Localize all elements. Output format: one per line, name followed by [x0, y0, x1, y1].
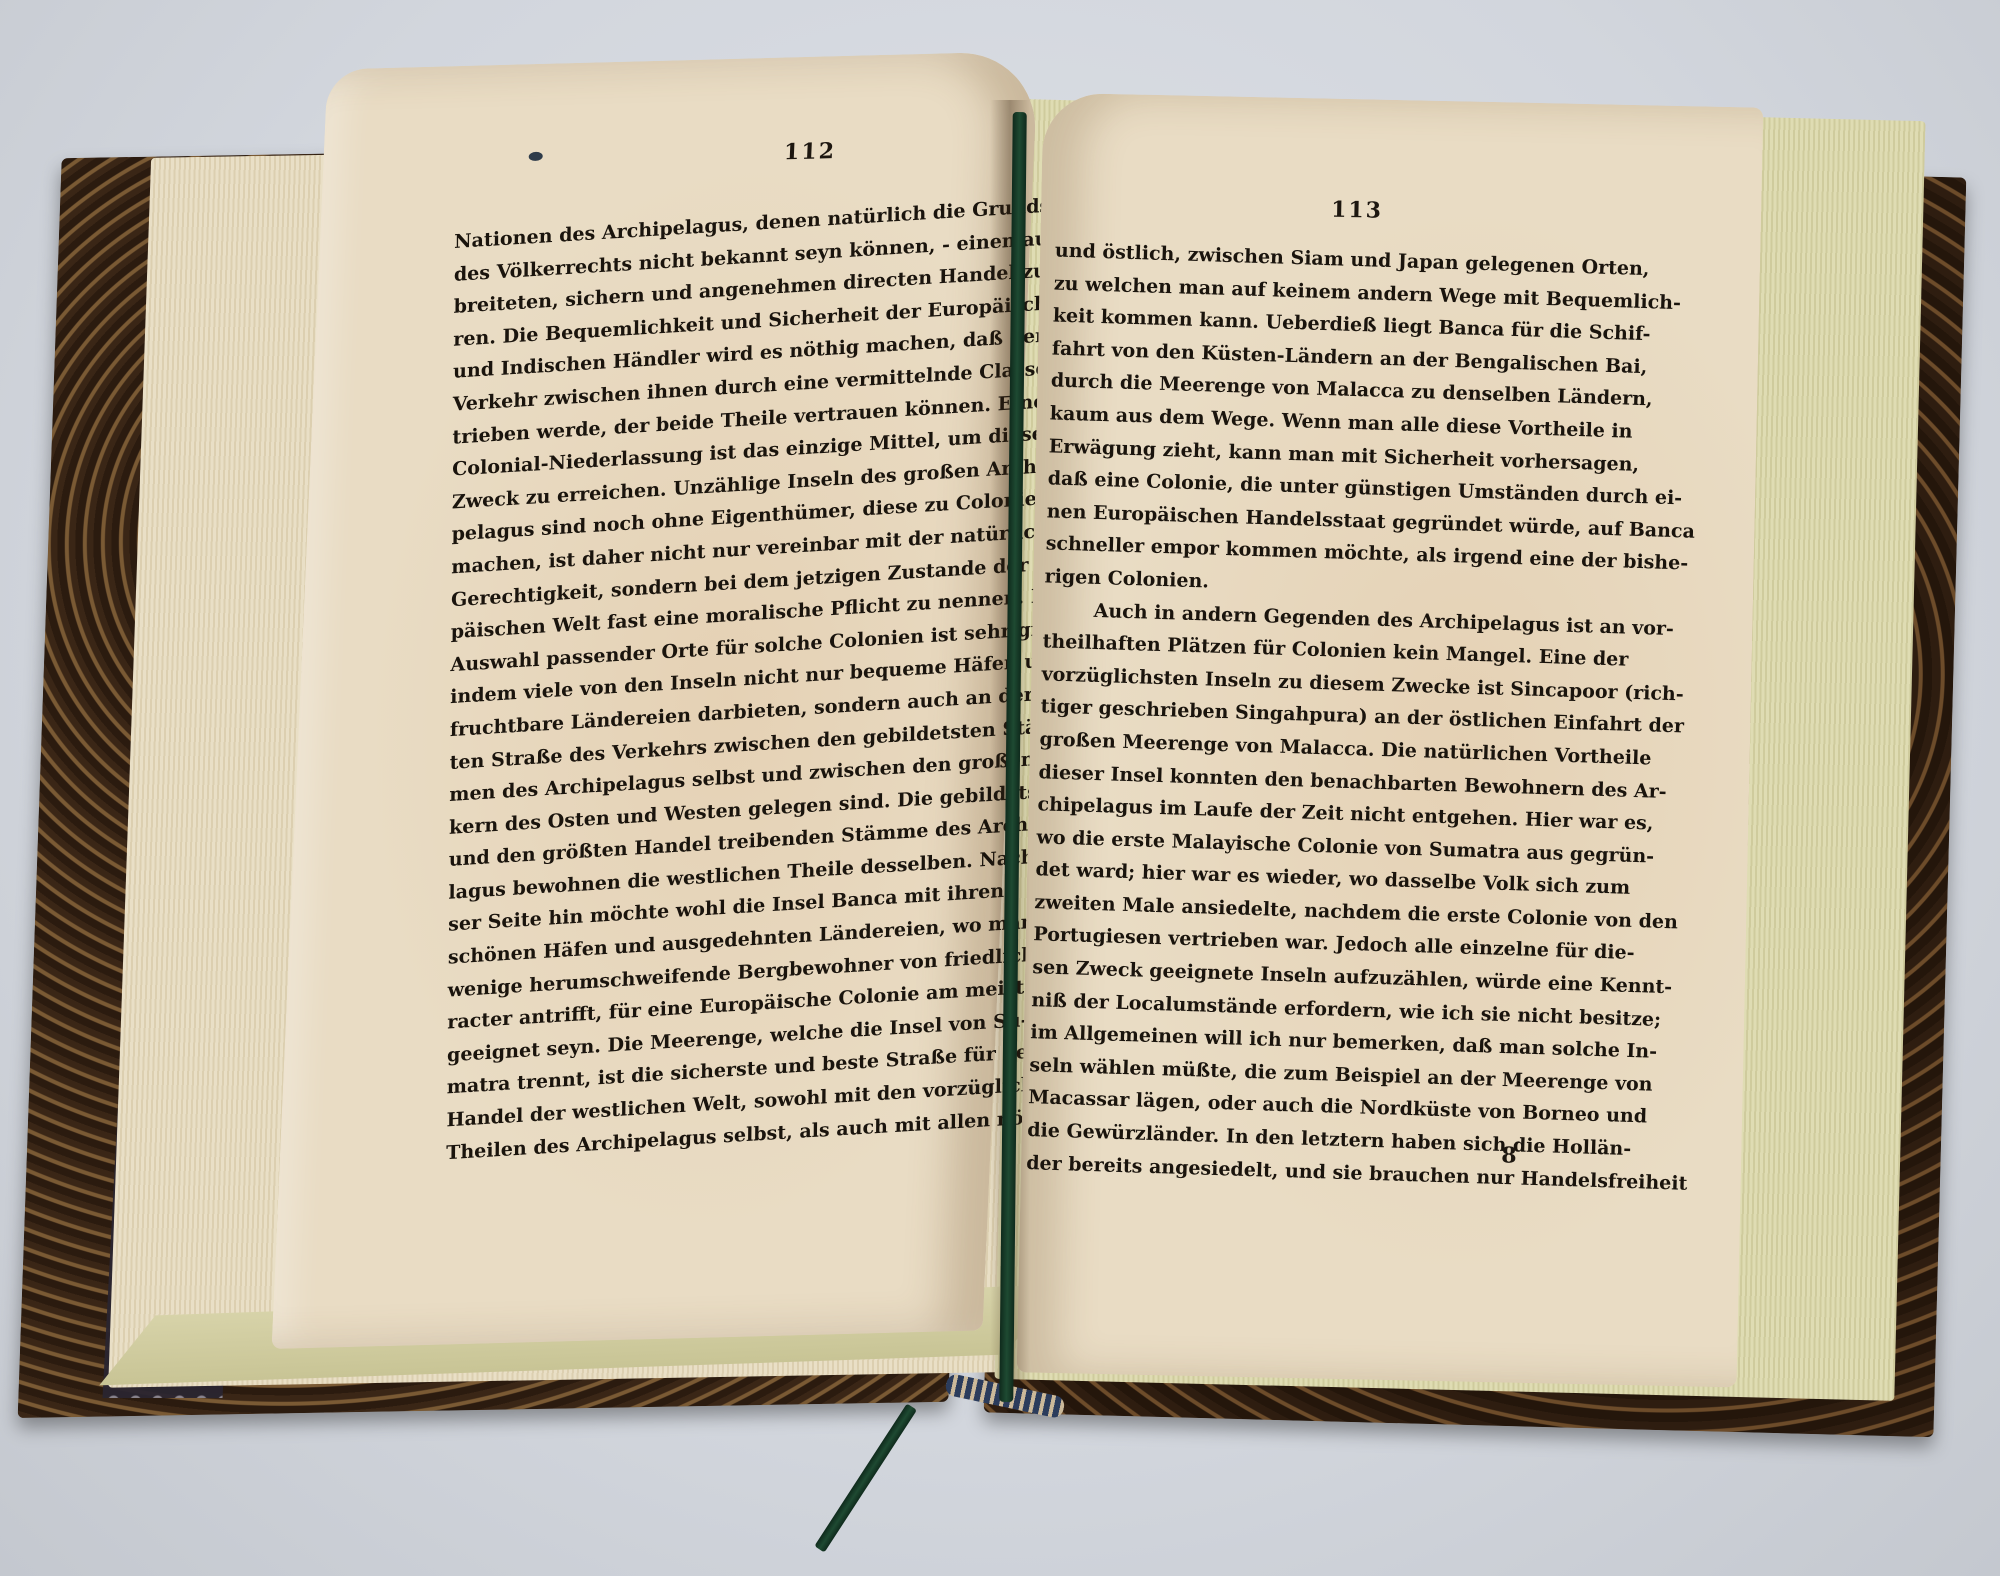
right-page: 113 und östlich, zwischen Siam und Japan… — [1017, 93, 1764, 1388]
page-number-right: 113 — [1331, 197, 1383, 224]
signature-mark: 8 — [1501, 1142, 1517, 1168]
left-page-text: Nationen des Archipelagus, denen natürli… — [446, 192, 1016, 1170]
ink-spot — [529, 152, 543, 161]
left-page: 112 Nationen des Archipelagus, denen nat… — [271, 51, 1038, 1349]
right-page-text: und östlich, zwischen Siam und Japan gel… — [1026, 235, 1705, 1200]
ribbon-bookmark-tail — [814, 1403, 917, 1552]
book-photo: 112 Nationen des Archipelagus, denen nat… — [0, 0, 2000, 1576]
page-number-left: 112 — [783, 138, 836, 165]
